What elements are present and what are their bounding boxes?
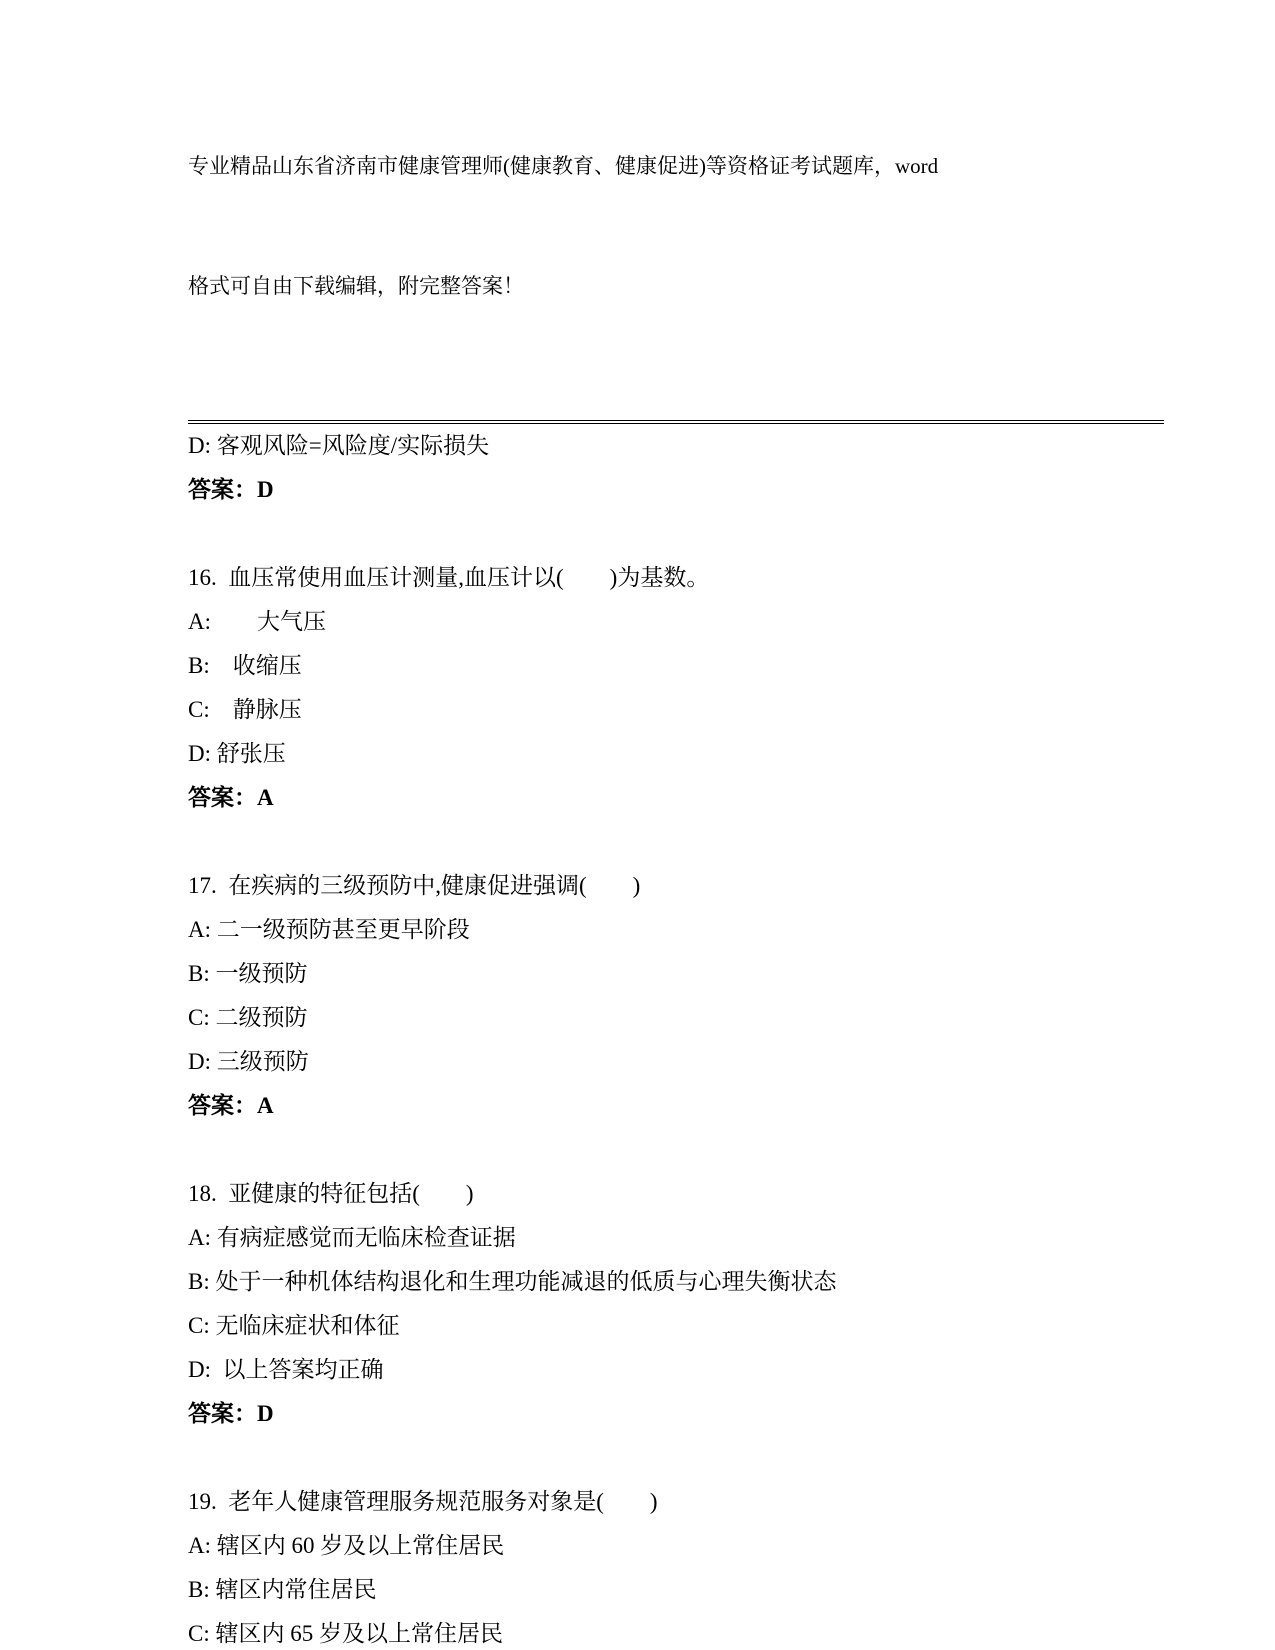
question-17-option-a: A: 二一级预防甚至更早阶段 <box>188 908 1175 952</box>
question-16-option-c: C: 静脉压 <box>188 688 1175 732</box>
question-18-option-a: A: 有病症感觉而无临床检查证据 <box>188 1216 1175 1260</box>
header-line-1: 专业精品山东省济南市健康管理师(健康教育、健康促进)等资格证考试题库，word <box>188 146 1175 186</box>
question-18-option-b: B: 处于一种机体结构退化和生理功能减退的低质与心理失衡状态 <box>188 1260 1175 1304</box>
document-body: D: 客观风险=风险度/实际损失 答案：D 16. 血压常使用血压计测量,血压计… <box>188 424 1175 1650</box>
block-spacer <box>188 1128 1175 1172</box>
question-17-option-c: C: 二级预防 <box>188 996 1175 1040</box>
question-15-answer: 答案：D <box>188 468 1175 512</box>
question-16-option-d: D: 舒张压 <box>188 732 1175 776</box>
question-16-stem: 16. 血压常使用血压计测量,血压计以( )为基数。 <box>188 556 1175 600</box>
question-18: 18. 亚健康的特征包括( ) A: 有病症感觉而无临床检查证据 B: 处于一种… <box>188 1172 1175 1436</box>
header-line-2: 格式可自由下载编辑，附完整答案！ <box>188 266 1175 306</box>
block-spacer <box>188 512 1175 556</box>
question-19: 19. 老年人健康管理服务规范服务对象是( ) A: 辖区内 60 岁及以上常住… <box>188 1480 1175 1650</box>
question-16-option-a: A: 大气压 <box>188 600 1175 644</box>
question-17-option-d: D: 三级预防 <box>188 1040 1175 1084</box>
question-18-option-d: D: 以上答案均正确 <box>188 1348 1175 1392</box>
question-19-option-c: C: 辖区内 65 岁及以上常住居民 <box>188 1612 1175 1650</box>
question-19-option-a: A: 辖区内 60 岁及以上常住居民 <box>188 1524 1175 1568</box>
question-16: 16. 血压常使用血压计测量,血压计以( )为基数。 A: 大气压 B: 收缩压… <box>188 556 1175 820</box>
question-18-option-c: C: 无临床症状和体征 <box>188 1304 1175 1348</box>
block-spacer <box>188 1436 1175 1480</box>
question-17-option-b: B: 一级预防 <box>188 952 1175 996</box>
question-16-option-b: B: 收缩压 <box>188 644 1175 688</box>
question-17: 17. 在疾病的三级预防中,健康促进强调( ) A: 二一级预防甚至更早阶段 B… <box>188 864 1175 1128</box>
block-spacer <box>188 820 1175 864</box>
question-18-answer: 答案：D <box>188 1392 1175 1436</box>
question-18-stem: 18. 亚健康的特征包括( ) <box>188 1172 1175 1216</box>
question-19-option-b: B: 辖区内常住居民 <box>188 1568 1175 1612</box>
question-17-answer: 答案：A <box>188 1084 1175 1128</box>
question-17-stem: 17. 在疾病的三级预防中,健康促进强调( ) <box>188 864 1175 908</box>
question-16-answer: 答案：A <box>188 776 1175 820</box>
question-19-stem: 19. 老年人健康管理服务规范服务对象是( ) <box>188 1480 1175 1524</box>
page-header: 专业精品山东省济南市健康管理师(健康教育、健康促进)等资格证考试题库，word … <box>188 66 1175 386</box>
question-15-option-d: D: 客观风险=风险度/实际损失 <box>188 424 1175 468</box>
document-page: 专业精品山东省济南市健康管理师(健康教育、健康促进)等资格证考试题库，word … <box>0 0 1275 1650</box>
